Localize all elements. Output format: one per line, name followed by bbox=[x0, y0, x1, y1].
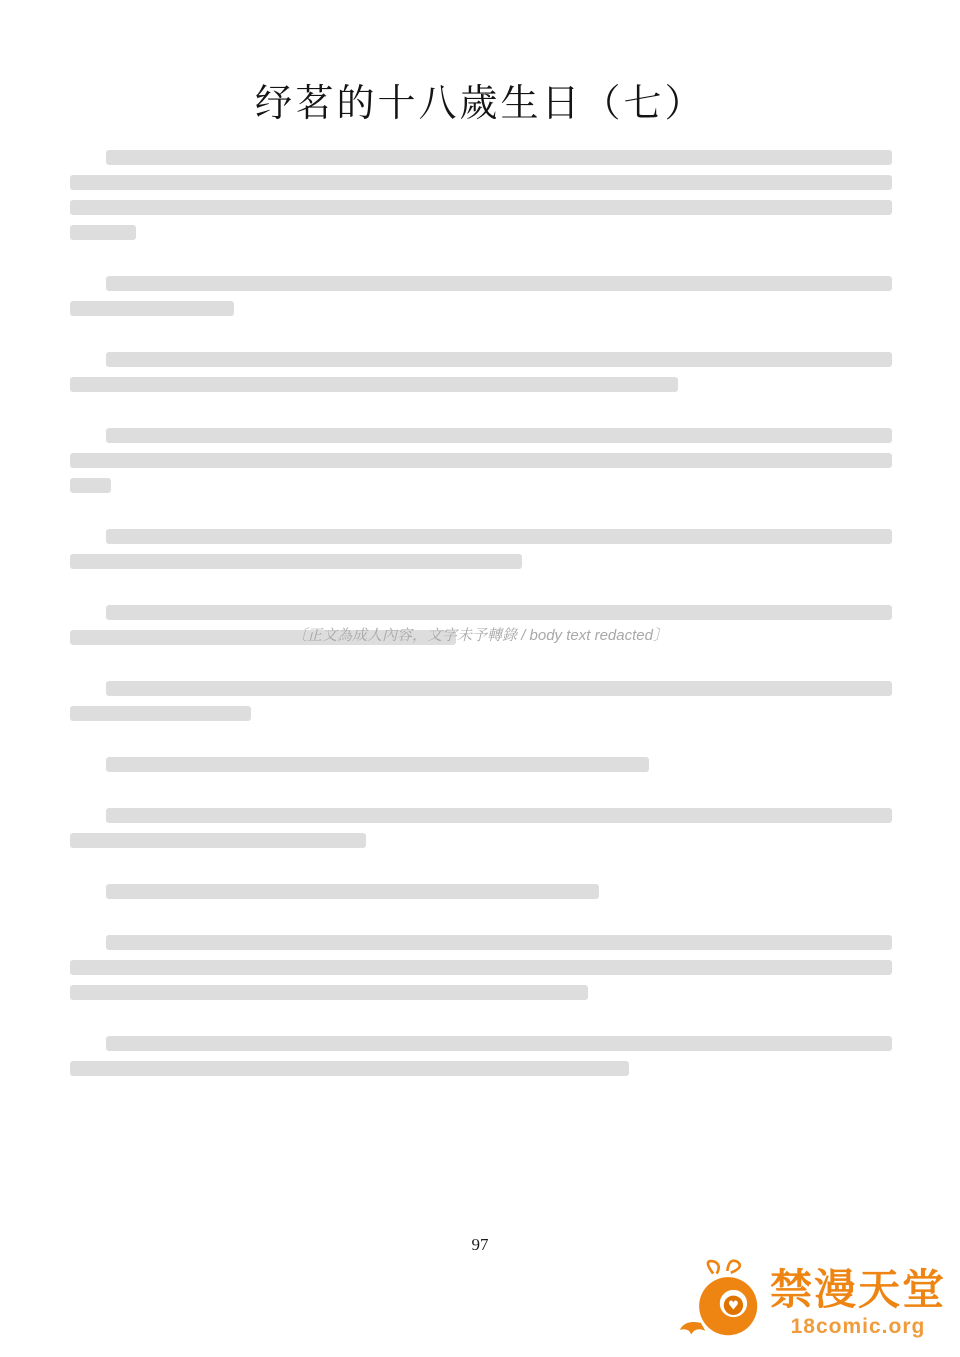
redacted-text-line bbox=[70, 478, 111, 493]
redacted-text-line bbox=[70, 985, 588, 1000]
redacted-text-line bbox=[70, 377, 678, 392]
paragraph-redacted bbox=[70, 529, 892, 569]
document-page: 纾茗的十八歲生日（七） 〔正文為成人內容，文字未予轉錄 / body text … bbox=[0, 0, 960, 1357]
redacted-text-line bbox=[106, 529, 892, 544]
paragraph-redacted bbox=[70, 150, 892, 240]
redacted-text-line bbox=[70, 706, 251, 721]
paragraph-redacted bbox=[70, 428, 892, 493]
redacted-text-line bbox=[106, 884, 599, 899]
body-paragraphs bbox=[70, 150, 892, 1187]
redacted-text-line bbox=[70, 301, 234, 316]
redacted-text-line bbox=[70, 225, 136, 240]
paragraph-redacted bbox=[70, 352, 892, 392]
redacted-text-line bbox=[106, 935, 892, 950]
paragraph-redacted bbox=[70, 808, 892, 848]
site-watermark: ♥ 禁漫天堂 18comic.org bbox=[678, 1256, 946, 1349]
redacted-text-line bbox=[106, 808, 892, 823]
paragraph-redacted bbox=[70, 757, 892, 772]
paragraph-redacted bbox=[70, 884, 892, 899]
redacted-text-line bbox=[70, 833, 366, 848]
redacted-text-line bbox=[70, 554, 522, 569]
redacted-text-line bbox=[106, 352, 892, 367]
paragraph-redacted bbox=[70, 1036, 892, 1076]
redacted-text-line bbox=[106, 757, 649, 772]
redacted-text-line bbox=[106, 428, 892, 443]
watermark-text: 禁漫天堂 18comic.org bbox=[770, 1269, 946, 1337]
redacted-text-line bbox=[70, 960, 892, 975]
svg-text:♥: ♥ bbox=[728, 1299, 739, 1313]
redacted-text-line bbox=[106, 150, 892, 165]
redacted-text-line bbox=[70, 1061, 629, 1076]
site-name-label: 禁漫天堂 bbox=[770, 1269, 946, 1311]
site-domain-label: 18comic.org bbox=[791, 1316, 926, 1337]
paragraph-redacted bbox=[70, 276, 892, 316]
paragraph-redacted bbox=[70, 605, 892, 645]
redacted-text-line bbox=[70, 175, 892, 190]
redacted-text-line bbox=[70, 453, 892, 468]
page-number: 97 bbox=[0, 1235, 960, 1255]
redacted-text-line bbox=[106, 605, 892, 620]
site-mascot-icon: ♥ bbox=[678, 1256, 766, 1349]
redacted-text-line bbox=[106, 1036, 892, 1051]
paragraph-redacted bbox=[70, 681, 892, 721]
redacted-text-line bbox=[70, 200, 892, 215]
redacted-text-line bbox=[70, 630, 456, 645]
paragraph-redacted bbox=[70, 935, 892, 1000]
redacted-text-line bbox=[106, 276, 892, 291]
page-title: 纾茗的十八歲生日（七） bbox=[0, 0, 960, 127]
redacted-text-line bbox=[106, 681, 892, 696]
